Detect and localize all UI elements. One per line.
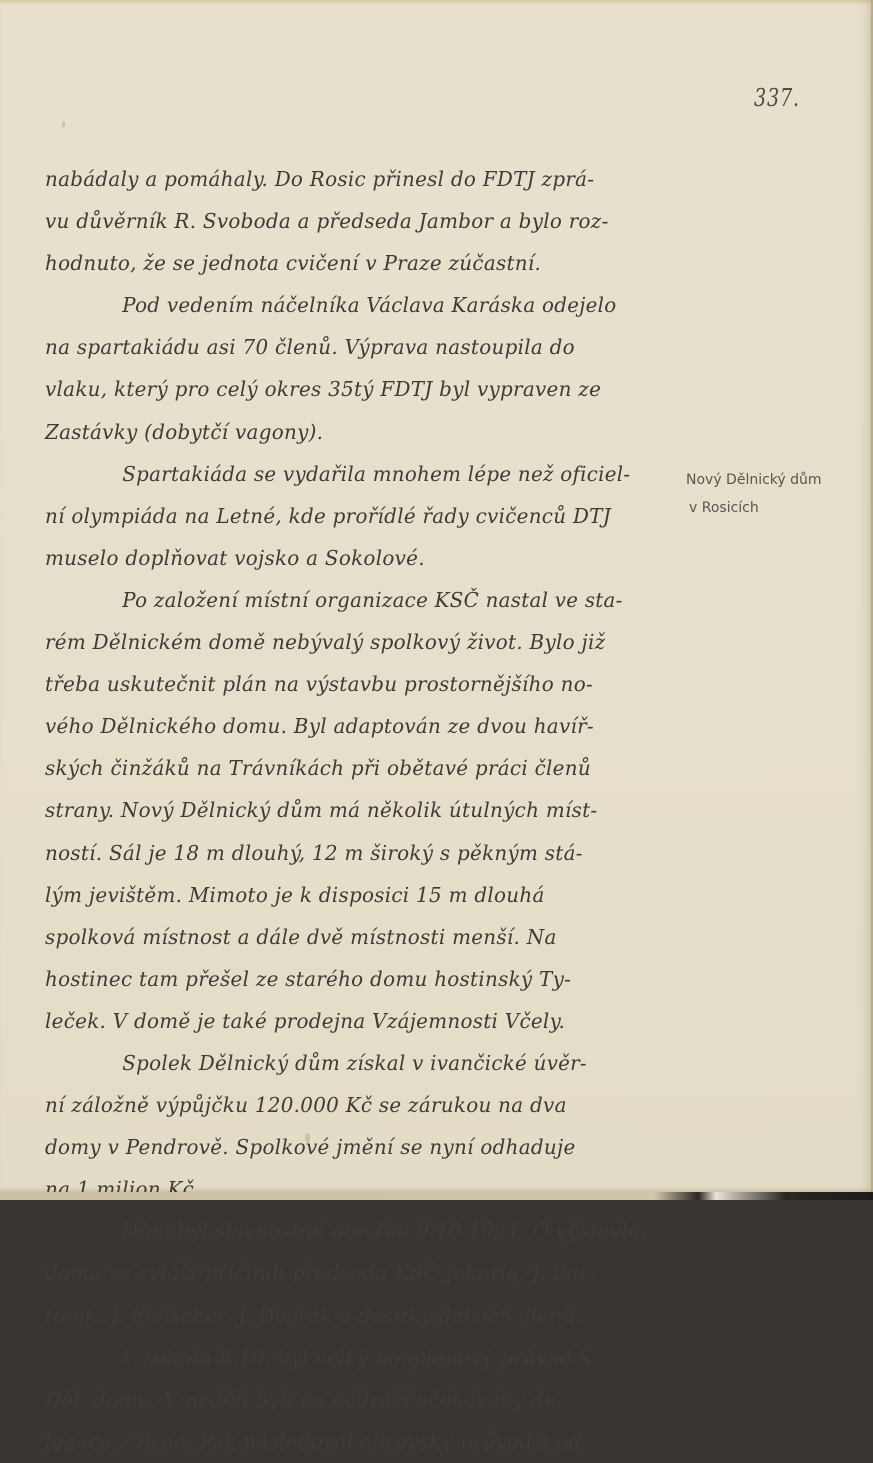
text-line: třeba uskutečnit plán na výstavbu prosto…	[45, 663, 685, 705]
text-line: lým jevištěm. Mimoto je k disposici 15 m…	[45, 874, 685, 916]
text-line: strany. Nový Dělnický dům má několik útu…	[45, 789, 685, 831]
text-line: Spolek Dělnický dům získal v ivančické ú…	[45, 1042, 683, 1084]
text-line: vlaku, který pro celý okres 35tý FDTJ by…	[45, 368, 685, 410]
text-line: ností. Sál je 18 m dlouhý, 12 m široký s…	[45, 832, 685, 874]
text-line: vu důvěrník R. Svoboda a předseda Jambor…	[45, 200, 685, 242]
text-line: nabádaly a pomáhaly. Do Rosic přinesl do…	[45, 158, 685, 200]
text-line: Spartakiáda se vydařila mnohem lépe než …	[45, 453, 683, 495]
margin-note-line-1: Nový Dělnický dům	[686, 466, 822, 494]
text-line: ských činžáků na Trávníkách při obětavé …	[45, 747, 685, 789]
text-line: vého Dělnického domu. Byl adaptován ze d…	[45, 705, 685, 747]
text-line: rém Dělnickém domě nebývalý spolkový živ…	[45, 621, 685, 663]
text-line: leček. V domě je také prodejna Vzájemnos…	[45, 1000, 685, 1042]
margin-note-line-2: v Rosicích	[686, 494, 822, 522]
page-number: 337.	[754, 84, 800, 112]
margin-note: Nový Dělnický dům v Rosicích	[686, 466, 822, 522]
paper-stain	[62, 121, 65, 128]
text-line: na spartakiádu asi 70 členů. Výprava nas…	[45, 326, 685, 368]
text-line: hostinec tam přešel ze starého domu host…	[45, 958, 685, 1000]
manuscript-page: 337. nabádaly a pomáhaly. Do Rosic přine…	[0, 0, 873, 1192]
text-line: ní olympiáda na Letné, kde prořídlé řady…	[45, 495, 685, 537]
text-line: Zastávky (dobytčí vagony).	[45, 411, 685, 453]
handwritten-body-text: nabádaly a pomáhaly. Do Rosic přinesl do…	[45, 158, 705, 1200]
text-line: muselo doplňovat vojsko a Sokolové.	[45, 537, 685, 579]
text-line: spolková místnost a dále dvě místnosti m…	[45, 916, 685, 958]
text-line: hodnuto, že se jednota cvičení v Praze z…	[45, 242, 685, 284]
book-edge	[0, 1192, 873, 1200]
text-line: ní záložně výpůjčku 120.000 Kč se záruko…	[45, 1084, 685, 1126]
text-line: Po založení místní organizace KSČ nastal…	[45, 579, 683, 621]
text-line: domy v Pendrově. Spolkové jmění se nyní …	[45, 1126, 685, 1168]
text-line: Pod vedením náčelníka Václava Karáska od…	[45, 284, 683, 326]
